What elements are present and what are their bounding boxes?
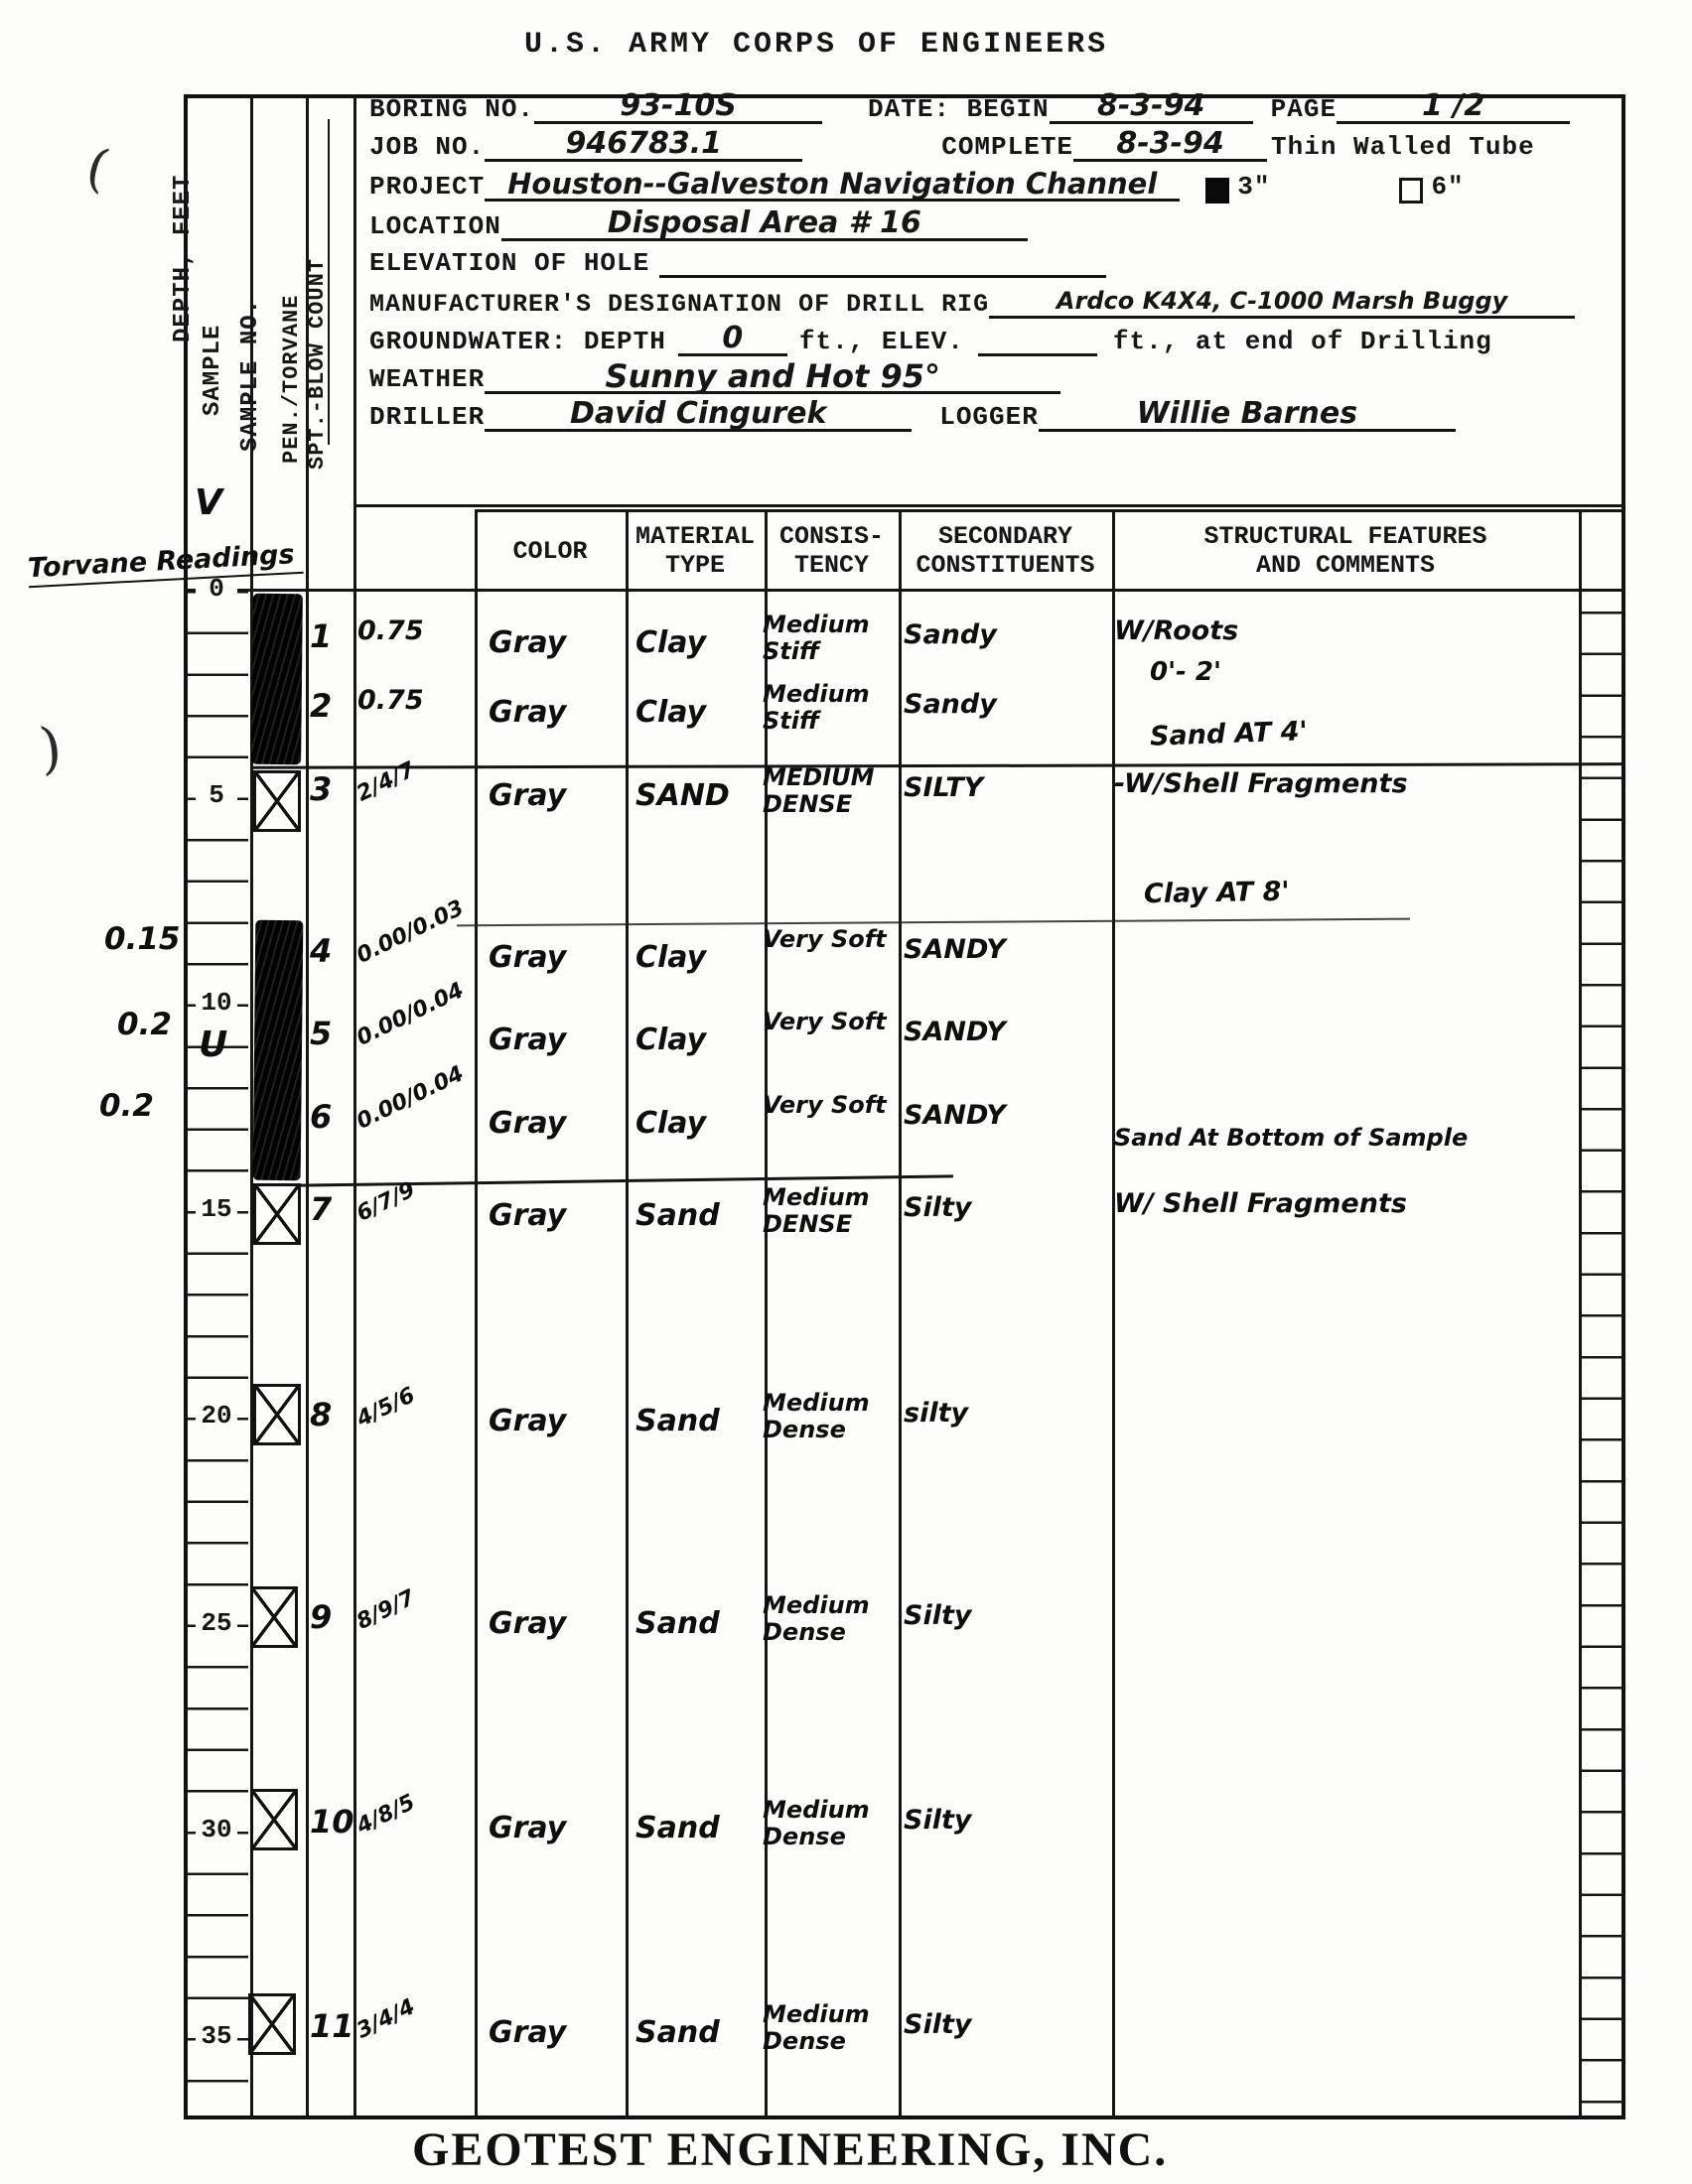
complete-value: 8-3-94 [1073, 129, 1267, 162]
sample-row: 8 4/5/6 Gray Sand Medium Dense silty [0, 1382, 1692, 1471]
form-line-driller: DRILLER David Cingurek LOGGER Willie Bar… [369, 399, 1456, 432]
project-label: PROJECT [369, 172, 485, 202]
form-line-elevation: ELEVATION OF HOLE [369, 248, 1106, 278]
job-no-value: 946783.1 [485, 129, 802, 162]
location-label: LOCATION [369, 211, 501, 241]
page-title: U.S. ARMY CORPS OF ENGINEERS [524, 28, 1108, 62]
logger-label: LOGGER [939, 402, 1039, 432]
date-begin-label: DATE: BEGIN [868, 94, 1050, 124]
weather-label: WEATHER [369, 364, 485, 394]
location-value: Disposal Area # 16 [501, 208, 1028, 241]
groundwater-label: GROUNDWATER: DEPTH [369, 327, 666, 356]
sample-row: 5 0.00/0.04 Gray Clay Very Soft SANDY [0, 1001, 1692, 1090]
job-no-label: JOB NO. [369, 132, 485, 162]
column-header-color: COLOR [475, 511, 626, 591]
tube-label: Thin Walled Tube [1271, 132, 1535, 162]
logger-value: Willie Barnes [1039, 399, 1456, 432]
checkbox-6in-unchecked-icon [1399, 178, 1423, 204]
driller-label: DRILLER [369, 402, 485, 432]
elevation-value [659, 275, 1106, 278]
complete-label: COMPLETE [941, 132, 1073, 162]
column-header-structural-features: STRUCTURAL FEATURES AND COMMENTS [1112, 511, 1579, 591]
boring-no-label: BORING NO. [369, 94, 534, 124]
form-line-location: LOCATION Disposal Area # 16 [369, 208, 1028, 241]
form-line-weather: WEATHER Sunny and Hot 95° [369, 361, 1060, 394]
groundwater-elev-value [978, 353, 1097, 356]
grid-line [353, 504, 1625, 507]
sample-row: 4 0.00/0.03 Gray Clay Very Soft SANDY [0, 918, 1692, 1008]
sample-row: 10 4/8/5 Gray Sand Medium Dense Silty [0, 1789, 1692, 1878]
sample-row: 3 2/4/7 Gray SAND MEDIUM DENSE SILTY -W/… [0, 756, 1692, 846]
project-value: Houston--Galveston Navigation Channel [485, 169, 1180, 202]
sample-row: 11 3/4/4 Gray Sand Medium Dense Silty [0, 1993, 1692, 2083]
groundwater-elev-label: ft., ELEV. [799, 327, 964, 356]
scan-artifact-mark: ( [80, 137, 114, 200]
rig-label: MANUFACTURER'S DESIGNATION OF DRILL RIG [369, 290, 989, 319]
form-line-job: JOB NO. 946783.1 COMPLETE 8-3-94 Thin Wa… [369, 129, 1535, 162]
tube-6in-label: 6" [1431, 172, 1464, 202]
tube-3in-label: 3" [1237, 172, 1270, 202]
form-line-rig: MANUFACTURER'S DESIGNATION OF DRILL RIG … [369, 286, 1575, 319]
side-label-sample-no: SAMPLE NO. [237, 299, 264, 452]
rig-value: Ardco K4X4, C-1000 Marsh Buggy [989, 286, 1575, 319]
page-value: 1 /2 [1337, 91, 1570, 124]
driller-value: David Cingurek [485, 399, 912, 432]
side-label-pen-torvane: PEN./TORVANE [279, 295, 304, 464]
elevation-label: ELEVATION OF HOLE [369, 248, 649, 278]
form-line-groundwater: GROUNDWATER: DEPTH 0 ft., ELEV. ft., at … [369, 324, 1492, 356]
form-line-project: PROJECT Houston--Galveston Navigation Ch… [369, 169, 1465, 202]
sample-row: 2 0.75 Gray Clay Medium Stiff Sandy [0, 673, 1692, 762]
annotation-clay-at-8: Clay AT 8' [1144, 877, 1290, 910]
side-label-depth-feet: DEPTH, FEET [170, 175, 197, 342]
column-header-consistency: CONSIS- TENCY [765, 511, 899, 591]
page-label: PAGE [1271, 94, 1337, 124]
date-begin-value: 8-3-94 [1050, 91, 1253, 124]
groundwater-end-label: ft., at end of Drilling [1113, 327, 1492, 356]
annotation-sand-at-4: Sand AT 4' [1150, 716, 1309, 752]
side-label-spt-blow-count: SPT.-BLOW COUNT [305, 258, 330, 470]
column-header-secondary-constituents: SECONDARY CONSTITUENTS [899, 511, 1112, 591]
sample-row: 9 8/9/7 Gray Sand Medium Dense Silty [0, 1584, 1692, 1674]
form-line-boring: BORING NO. 93-10S DATE: BEGIN 8-3-94 PAG… [369, 91, 1570, 124]
checkbox-3in-checked-icon [1205, 178, 1229, 204]
boring-log-scan: U.S. ARMY CORPS OF ENGINEERS DEPTH, FEET… [0, 0, 1692, 2184]
company-footer: GEOTEST ENGINEERING, INC. [412, 2122, 1168, 2177]
groundwater-depth-value: 0 [678, 324, 787, 356]
sample-row: 6 0.00/0.04 Gray Clay Very Soft SANDY Sa… [0, 1084, 1692, 1173]
sample-row: 7 6/7/9 Gray Sand Medium DENSE Silty W/ … [0, 1176, 1692, 1266]
side-label-sample: SAMPLE [200, 325, 226, 416]
boring-no-value: 93-10S [534, 91, 822, 124]
column-header-material-type: MATERIAL TYPE [626, 511, 765, 591]
water-table-icon: V [195, 482, 222, 523]
weather-value: Sunny and Hot 95° [485, 361, 1060, 394]
